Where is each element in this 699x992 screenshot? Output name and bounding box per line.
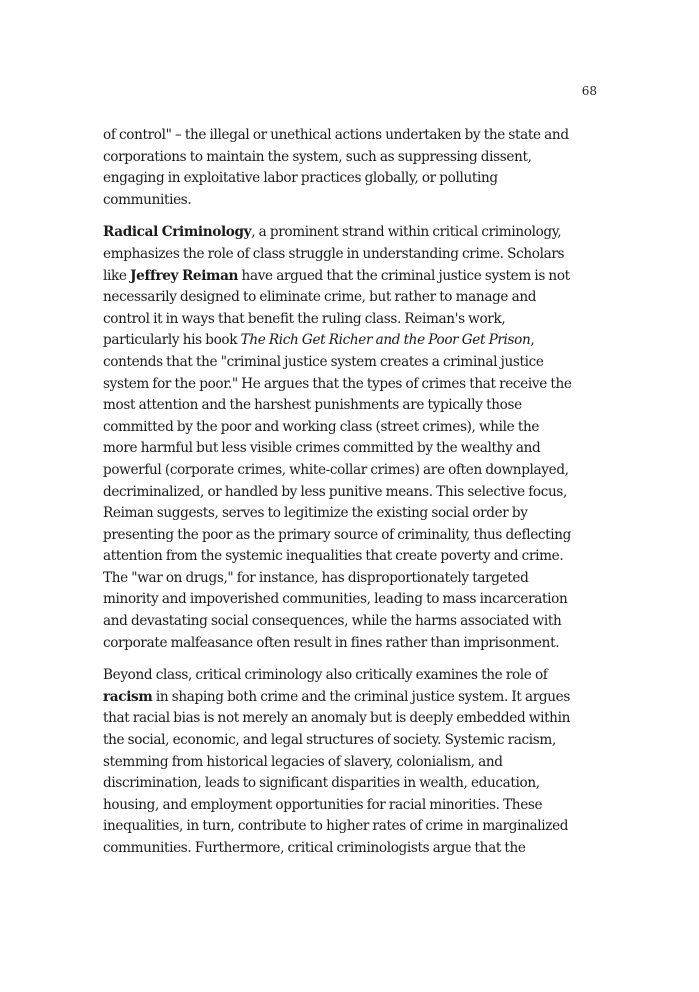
text-line: communities. Furthermore, critical crimi… (103, 838, 597, 860)
text-line: minority and impoverished communities, l… (103, 589, 597, 611)
text-line: The "war on drugs," for instance, has di… (103, 568, 597, 590)
document-page: 68 of control" – the illegal or unethica… (0, 0, 699, 992)
text-line: necessarily designed to eliminate crime,… (103, 287, 597, 309)
text-line: like Jeffrey Reiman have argued that the… (103, 266, 597, 288)
bold-term: Radical Criminology (103, 224, 251, 240)
text-line: and devastating social consequences, whi… (103, 611, 597, 633)
text-line: stemming from historical legacies of sla… (103, 752, 597, 774)
body-text: of control" – the illegal or unethical a… (103, 125, 597, 871)
text-line: most attention and the harshest punishme… (103, 395, 597, 417)
text-line: that racial bias is not merely an anomal… (103, 708, 597, 730)
text-line: attention from the systemic inequalities… (103, 546, 597, 568)
bold-term: Jeffrey Reiman (130, 268, 238, 284)
text-line: engaging in exploitative labor practices… (103, 168, 597, 190)
text-line: more harmful but less visible crimes com… (103, 438, 597, 460)
text-line: committed by the poor and working class … (103, 417, 597, 439)
paragraph: Radical Criminology, a prominent strand … (103, 222, 597, 654)
text-line: the social, economic, and legal structur… (103, 730, 597, 752)
text-line: decriminalized, or handled by less punit… (103, 482, 597, 504)
text-line: Reiman suggests, serves to legitimize th… (103, 503, 597, 525)
text-line: system for the poor." He argues that the… (103, 374, 597, 396)
text-line: Beyond class, critical criminology also … (103, 665, 597, 687)
text-line: of control" – the illegal or unethical a… (103, 125, 597, 147)
text-line: emphasizes the role of class struggle in… (103, 244, 597, 266)
bold-term: racism (103, 689, 152, 705)
text-line: contends that the "criminal justice syst… (103, 352, 597, 374)
paragraph: of control" – the illegal or unethical a… (103, 125, 597, 211)
text-line: corporate malfeasance often result in fi… (103, 633, 597, 655)
paragraph: Beyond class, critical criminology also … (103, 665, 597, 859)
page-number: 68 (582, 84, 597, 98)
text-line: powerful (corporate crimes, white-collar… (103, 460, 597, 482)
text-line: communities. (103, 190, 597, 212)
text-line: housing, and employment opportunities fo… (103, 795, 597, 817)
text-line: particularly his book The Rich Get Riche… (103, 330, 597, 352)
text-line: inequalities, in turn, contribute to hig… (103, 816, 597, 838)
text-line: corporations to maintain the system, suc… (103, 147, 597, 169)
text-line: discrimination, leads to significant dis… (103, 773, 597, 795)
text-line: presenting the poor as the primary sourc… (103, 525, 597, 547)
text-line: control it in ways that benefit the ruli… (103, 309, 597, 331)
text-line: racism in shaping both crime and the cri… (103, 687, 597, 709)
book-title: The Rich Get Richer and the Poor Get Pri… (241, 332, 531, 348)
text-line: Radical Criminology, a prominent strand … (103, 222, 597, 244)
